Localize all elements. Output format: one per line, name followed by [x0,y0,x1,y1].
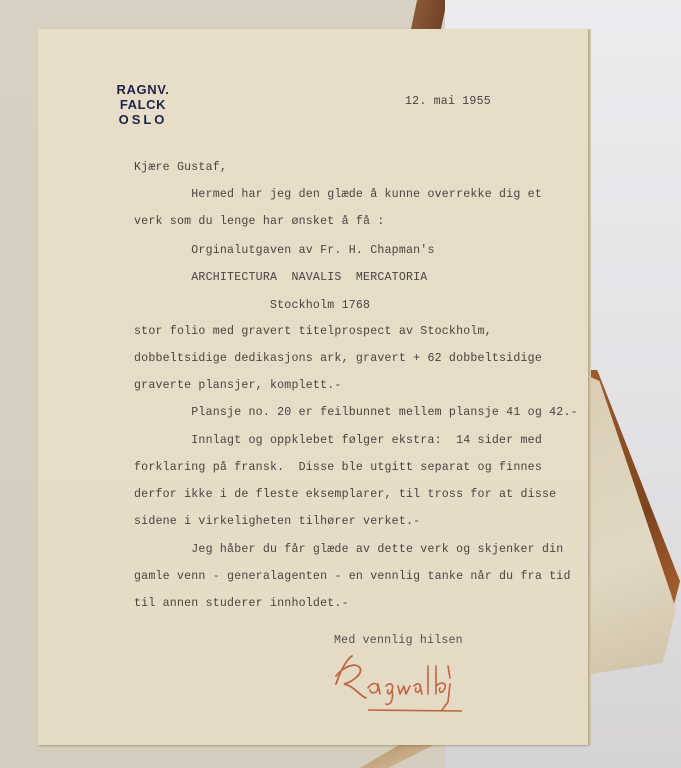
body-line: dobbeltsidige dedikasjons ark, gravert +… [134,352,542,365]
book-title-line: ARCHITECTURA NAVALIS MERCATORIA [134,271,427,284]
letterhead-city: OSLO [101,112,185,127]
body-line: Stockholm 1768 [134,299,370,312]
letterhead-name: RAGNV. FALCK [101,82,185,112]
handwritten-signature [330,644,490,714]
body-line: derfor ikke i de fleste eksemplarer, til… [134,488,556,501]
letter-sheet: RAGNV. FALCK OSLO 12. mai 1955 Kjære Gus… [38,29,588,745]
body-line: graverte plansjer, komplett.- [134,379,342,392]
salutation: Kjære Gustaf, [134,161,227,174]
body-line: sidene i virkeligheten tilhører verket.- [134,515,420,528]
body-line: gamle venn - generalagenten - en vennlig… [134,570,571,583]
body-line: Jeg håber du får glæde av dette verk og … [134,543,563,556]
body-line: Plansje no. 20 er feilbunnet mellem plan… [134,406,578,419]
body-line: verk som du lenge har ønsket å få : [134,215,385,228]
body-line: Hermed har jeg den glæde å kunne overrek… [134,188,542,201]
body-line: Orginalutgaven av Fr. H. Chapman's [134,244,435,257]
body-line: til annen studerer innholdet.- [134,597,349,610]
body-line: Innlagt og oppklebet følger ekstra: 14 s… [134,434,542,447]
letter-date: 12. mai 1955 [405,95,491,108]
body-line: stor folio med gravert titelprospect av … [134,325,492,338]
letterhead: RAGNV. FALCK OSLO [101,82,185,127]
body-line: forklaring på fransk. Disse ble utgitt s… [134,461,542,474]
